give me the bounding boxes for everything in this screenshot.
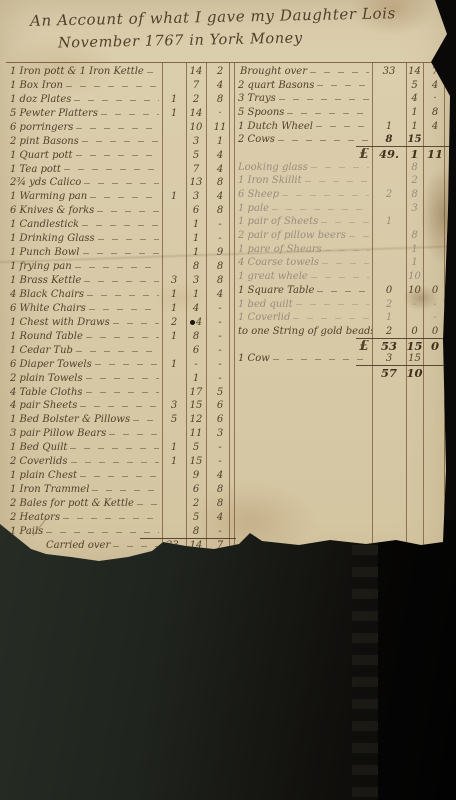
pence-value: -	[206, 442, 234, 454]
pence-value: 4	[206, 164, 234, 176]
pence-value: 8	[206, 498, 234, 510]
ledger-row: 2 Cows815	[238, 133, 448, 147]
pence-value: -	[206, 331, 234, 343]
ledger-row: 1 Dutch Wheel114	[238, 120, 448, 134]
ledger-row: 1 Quart pott54	[10, 149, 234, 163]
pence-value: -	[206, 303, 234, 315]
item-label: 1 Brass Kettle	[10, 275, 162, 287]
manuscript-page: An Account of what I gave my Daughter Lo…	[0, 0, 452, 572]
item-label: 1 Cedar Tub	[10, 345, 162, 357]
shillings-value: 8	[186, 331, 206, 343]
pence-value: -	[206, 373, 234, 385]
item-label: 1 pale	[238, 203, 372, 215]
shillings-value: -	[186, 359, 206, 371]
shillings-value: 3	[186, 191, 206, 203]
ledger-top-rule	[6, 62, 444, 63]
item-label: 1 great whele	[238, 271, 372, 283]
shillings-value: 4	[186, 317, 206, 329]
item-label: 1 doz Plates	[10, 94, 162, 106]
pounds-value: 1	[372, 312, 406, 324]
ledger-row: £53150	[238, 339, 448, 353]
shillings-value: 5	[186, 512, 206, 524]
pence-value: 5	[206, 387, 234, 399]
item-label: 2 Coverlids	[10, 456, 162, 468]
pence-value: -	[206, 359, 234, 371]
shillings-value: 14	[186, 108, 206, 120]
shillings-value: 8	[406, 162, 423, 174]
ledger-row: 1 Iron Skillit2	[238, 175, 448, 189]
item-label: 1 Round Table	[10, 331, 162, 343]
ledger-row: 1 Cedar Tub6-	[10, 344, 234, 358]
item-label: 1 Iron Skillit	[238, 175, 372, 187]
ledger-row: 1 Coverlid1-	[238, 311, 448, 325]
item-label: 1 Square Table	[238, 285, 372, 297]
shillings-value: 0	[406, 326, 423, 338]
shillings-value: 1	[406, 121, 423, 133]
pence-value: ·	[206, 108, 234, 120]
item-label: 1 Coverlid	[238, 312, 372, 324]
shillings-value: 4	[406, 93, 423, 105]
shillings-value: 12	[186, 414, 206, 426]
ledger-row: 2 pair of pillow beers8	[238, 229, 448, 243]
shillings-value: 5	[186, 150, 206, 162]
ledger-row: 2 quart Basons54	[238, 79, 448, 93]
shillings-value: 15	[406, 340, 423, 352]
shillings-value: 15	[406, 134, 423, 146]
document-title-line-2: November 1767 in York Money	[58, 30, 303, 51]
pounds-value: 1	[372, 121, 406, 133]
column-rule-divider	[234, 63, 235, 549]
ledger-row: 1 plain Chest94	[10, 469, 234, 483]
shillings-value: 14	[406, 66, 423, 78]
item-label: 1 Quart pott	[10, 150, 162, 162]
shillings-value: 10	[406, 271, 423, 283]
ledger-row: 1 great whele10	[238, 270, 448, 284]
ledger-row: 4 Black Chairs114	[10, 288, 234, 302]
ledger-row: 2 Bales for pott & Kettle28	[10, 497, 234, 511]
shillings-value: 1	[406, 107, 423, 119]
pounds-value: 2	[162, 317, 186, 329]
pence-value: 0	[423, 326, 447, 338]
pounds-value: 49.	[372, 148, 406, 160]
shillings-value: 8	[406, 230, 423, 242]
pence-value: 9	[206, 247, 234, 259]
ledger-row: 1 Box Iron74	[10, 79, 234, 93]
pounds-value: 3	[162, 400, 186, 412]
item-label: 2 pair of pillow beers	[238, 230, 372, 242]
shillings-value: 15	[406, 353, 423, 365]
pence-value: 11	[423, 148, 447, 160]
item-label: 4 pair Sheets	[10, 400, 162, 412]
pounds-value: 1	[162, 331, 186, 343]
pence-value: 7	[423, 66, 447, 78]
ledger-left-column: 1 Iron pott & 1 Iron Kettle1421 Box Iron…	[10, 65, 234, 553]
ledger-row: 2 Coverlids115-	[10, 455, 234, 469]
shillings-value: 6	[186, 205, 206, 217]
document-title-line-1: An Account of what I gave my Daughter Lo…	[30, 4, 396, 30]
shillings-value: 7	[186, 80, 206, 92]
item-label: 1 Cow	[238, 353, 372, 365]
item-label: 1 plain Chest	[10, 470, 162, 482]
item-label: 6 White Chairs	[10, 303, 162, 315]
shillings-value: 10	[186, 122, 206, 134]
ledger-row: 1 Cow315	[238, 352, 448, 366]
item-label: 1 Drinking Glass	[10, 233, 162, 245]
pence-value: 4	[206, 470, 234, 482]
item-label: 1 Box Iron	[10, 80, 162, 92]
item-label: 4 Table Cloths	[10, 387, 162, 399]
ledger-row: 5 Spoons18	[238, 106, 448, 120]
item-label: 1 Iron Trammel	[10, 484, 162, 496]
ledger-row: 3 pair Pillow Bears113	[10, 427, 234, 441]
item-label: 1 frying pan	[10, 261, 162, 273]
pence-value: 4	[423, 80, 447, 92]
pence-value: 1	[206, 136, 234, 148]
ledger-row: 1 Square Table0100	[238, 284, 448, 298]
pence-value: 4	[423, 121, 447, 133]
pence-value: -	[206, 526, 234, 538]
pounds-value: 1	[162, 303, 186, 315]
ledger-row: 1 pare of Shears1	[238, 243, 448, 257]
item-label: 1 Dutch Wheel	[238, 121, 372, 133]
shillings-value: 1	[406, 257, 423, 269]
ledger-row: 1 Punch Bowl19	[10, 246, 234, 260]
item-label: 1 Bed Quilt	[10, 442, 162, 454]
item-label: 6 Diaper Towels	[10, 359, 162, 371]
ledger-row: 1 bed quilt2--	[238, 298, 448, 312]
shillings-value: 9	[186, 470, 206, 482]
item-label: to one String of gold beads	[238, 326, 372, 338]
pence-value: 4	[206, 289, 234, 301]
shillings-value: 1	[186, 247, 206, 259]
pence-value: 2	[206, 66, 234, 78]
shillings-value: 15	[186, 400, 206, 412]
ledger-right-column: Brought over331472 quart Basons543 Trays…	[238, 65, 448, 380]
item-label: 4 Coarse towels	[238, 257, 372, 269]
ledger-row: 6 Knives & forks68	[10, 204, 234, 218]
shillings-value: 8	[186, 526, 206, 538]
pounds-value: 57	[372, 367, 406, 379]
ledger-row: 1 doz Plates128	[10, 93, 234, 107]
item-label: 1 pare of Shears	[238, 244, 372, 256]
item-label: Looking glass	[238, 162, 372, 174]
item-label: 2 Cows	[238, 134, 372, 146]
ledger-row: 3 Trays4·	[238, 92, 448, 106]
pence-value: 3	[206, 428, 234, 440]
shillings-value: -	[406, 299, 423, 311]
ledger-row: 6 Diaper Towels1--	[10, 358, 234, 372]
pence-value: -	[206, 219, 234, 231]
pence-value: -	[206, 345, 234, 357]
item-label: 5 Pewter Platters	[10, 108, 162, 120]
pounds-value: 3	[372, 353, 406, 365]
pence-value: 8	[206, 94, 234, 106]
ledger-row: 1 pair of Sheets1	[238, 216, 448, 230]
pence-value: 8	[206, 275, 234, 287]
item-label: 4 Black Chairs	[10, 289, 162, 301]
item-label: 6 Sheep	[238, 189, 372, 201]
pounds-value: 2	[372, 299, 406, 311]
pence-value: 6	[206, 400, 234, 412]
ledger-row: 1 Candlestick1-	[10, 218, 234, 232]
pounds-value: 5	[162, 414, 186, 426]
shillings-value: 15	[186, 456, 206, 468]
ledger-row: 1 Bed Bolster & Pillows5126	[10, 413, 234, 427]
shillings-value: 1	[186, 219, 206, 231]
item-label: 6 Knives & forks	[10, 205, 162, 217]
shillings-value: 13	[186, 177, 206, 189]
pence-value: 0	[423, 285, 447, 297]
item-label: Brought over	[238, 66, 372, 78]
ledger-row: 1 Drinking Glass1-	[10, 232, 234, 246]
item-label: 2 quart Basons	[238, 80, 372, 92]
pence-value: 8	[206, 177, 234, 189]
shillings-value: 1	[186, 233, 206, 245]
shillings-value: 6	[186, 345, 206, 357]
ledger-row: 2¾ yds Calico138	[10, 177, 234, 191]
pence-value: -	[206, 233, 234, 245]
shillings-value: 10	[406, 367, 423, 379]
pounds-value: 33	[372, 66, 406, 78]
pence-value: -	[423, 299, 447, 311]
shillings-value: 6	[186, 484, 206, 496]
ledger-row: 1 Chest with Draws24-	[10, 316, 234, 330]
item-label: 3 Trays	[238, 93, 372, 105]
pounds-value: 1	[162, 289, 186, 301]
item-label: 1 bed quilt	[238, 299, 372, 311]
pence-value: 8	[206, 261, 234, 273]
shillings-value: 3	[186, 136, 206, 148]
shillings-value: 2	[406, 175, 423, 187]
shillings-value: 3	[186, 275, 206, 287]
pounds-value: 2	[372, 326, 406, 338]
item-label: 2 plain Towels	[10, 373, 162, 385]
pence-value: 4	[206, 80, 234, 92]
ledger-row: Brought over33147	[238, 65, 448, 79]
item-label: 1 Iron pott & 1 Iron Kettle	[10, 66, 162, 78]
pounds-value: 1	[372, 216, 406, 228]
scanned-document-photo: An Account of what I gave my Daughter Lo…	[0, 0, 456, 800]
shillings-value: 1	[406, 148, 423, 160]
ledger-row: 1 Pails8-	[10, 525, 234, 539]
pound-sign: £	[359, 148, 372, 160]
pound-sign: £	[359, 340, 372, 352]
shillings-value: 3	[406, 203, 423, 215]
ledger-row: 2 pint Basons31	[10, 135, 234, 149]
ledger-row: 1 Tea pott74	[10, 163, 234, 177]
item-label: 1 Candlestick	[10, 219, 162, 231]
ledger-row: 1 Warming pan134	[10, 190, 234, 204]
pounds-value: 1	[162, 108, 186, 120]
ledger-row: 5710	[238, 366, 448, 380]
pounds-value: 8	[372, 134, 406, 146]
shillings-value: 10	[406, 285, 423, 297]
item-label: 1 Warming pan	[10, 191, 162, 203]
ledger-row: to one String of gold beads200	[238, 325, 448, 339]
pounds-value: 3	[162, 275, 186, 287]
pence-value: -	[206, 456, 234, 468]
pounds-value: 1	[162, 191, 186, 203]
pounds-value: 53	[372, 340, 406, 352]
ledger-row: 1 frying pan88	[10, 260, 234, 274]
ledger-row: 1 Round Table18-	[10, 330, 234, 344]
shillings-value: 1	[186, 289, 206, 301]
item-label: 1 Tea pott	[10, 164, 162, 176]
ledger-row: 1 Brass Kettle338	[10, 274, 234, 288]
item-label: 2 pint Basons	[10, 136, 162, 148]
shillings-value: 4	[186, 303, 206, 315]
shillings-value: 5	[406, 80, 423, 92]
item-label: £	[238, 340, 372, 352]
item-label: 3 pair Pillow Bears	[10, 428, 162, 440]
pence-value: -	[423, 312, 447, 324]
item-label: 1 pair of Sheets	[238, 216, 372, 228]
item-label: 1 Bed Bolster & Pillows	[10, 414, 162, 426]
ledger-row: 6 Sheep28	[238, 188, 448, 202]
pounds-value: 0	[372, 285, 406, 297]
pence-value: 8	[206, 205, 234, 217]
pounds-value: 2	[372, 189, 406, 201]
ledger-row: 1 Iron pott & 1 Iron Kettle142	[10, 65, 234, 79]
pounds-value: 1	[162, 442, 186, 454]
ledger-row: 1 pale3	[238, 202, 448, 216]
ledger-row: 2 plain Towels1-	[10, 372, 234, 386]
ledger-row: 6 porringers1011	[10, 121, 234, 135]
pence-value: 0	[423, 340, 447, 352]
ledger-row: £49.111	[238, 147, 448, 161]
item-label: 1 Punch Bowl	[10, 247, 162, 259]
pence-value: 4	[206, 191, 234, 203]
shillings-value: 11	[186, 428, 206, 440]
scanner-background-dark-edge	[378, 520, 456, 800]
film-strip-texture	[352, 545, 378, 800]
ledger-row: 4 pair Sheets3156	[10, 400, 234, 414]
pounds-value: 1	[162, 94, 186, 106]
pence-value: 8	[206, 484, 234, 496]
pence-value: 8	[423, 107, 447, 119]
shillings-value: 2	[186, 498, 206, 510]
shillings-value: 1	[406, 244, 423, 256]
pence-value: 6	[206, 414, 234, 426]
item-label: £	[238, 148, 372, 160]
ledger-row: 5 Pewter Platters114·	[10, 107, 234, 121]
pence-value: -	[206, 317, 234, 329]
item-label: 6 porringers	[10, 122, 162, 134]
item-label: 5 Spoons	[238, 107, 372, 119]
shillings-value: 8	[406, 189, 423, 201]
shillings-value: 2	[186, 94, 206, 106]
ledger-row: 6 White Chairs14-	[10, 302, 234, 316]
pence-value: 4	[206, 512, 234, 524]
ledger-row: 1 Bed Quilt15-	[10, 441, 234, 455]
shillings-value: 5	[186, 442, 206, 454]
pounds-value: 1	[162, 359, 186, 371]
pence-value: 11	[206, 122, 234, 134]
pence-value: ·	[423, 93, 447, 105]
shillings-value: 1	[186, 373, 206, 385]
ledger-row: 4 Table Cloths175	[10, 386, 234, 400]
shillings-value: 17	[186, 387, 206, 399]
ledger-row: Looking glass8	[238, 161, 448, 175]
item-label: 1 Chest with Draws	[10, 317, 162, 329]
item-label: 2¾ yds Calico	[10, 177, 162, 189]
shillings-value: 8	[186, 261, 206, 273]
pence-value: 4	[206, 150, 234, 162]
pounds-value: 1	[162, 456, 186, 468]
shillings-value: 7	[186, 164, 206, 176]
ledger-row: 1 Iron Trammel68	[10, 483, 234, 497]
shillings-value: 14	[186, 66, 206, 78]
ledger-row: 4 Coarse towels1	[238, 257, 448, 271]
